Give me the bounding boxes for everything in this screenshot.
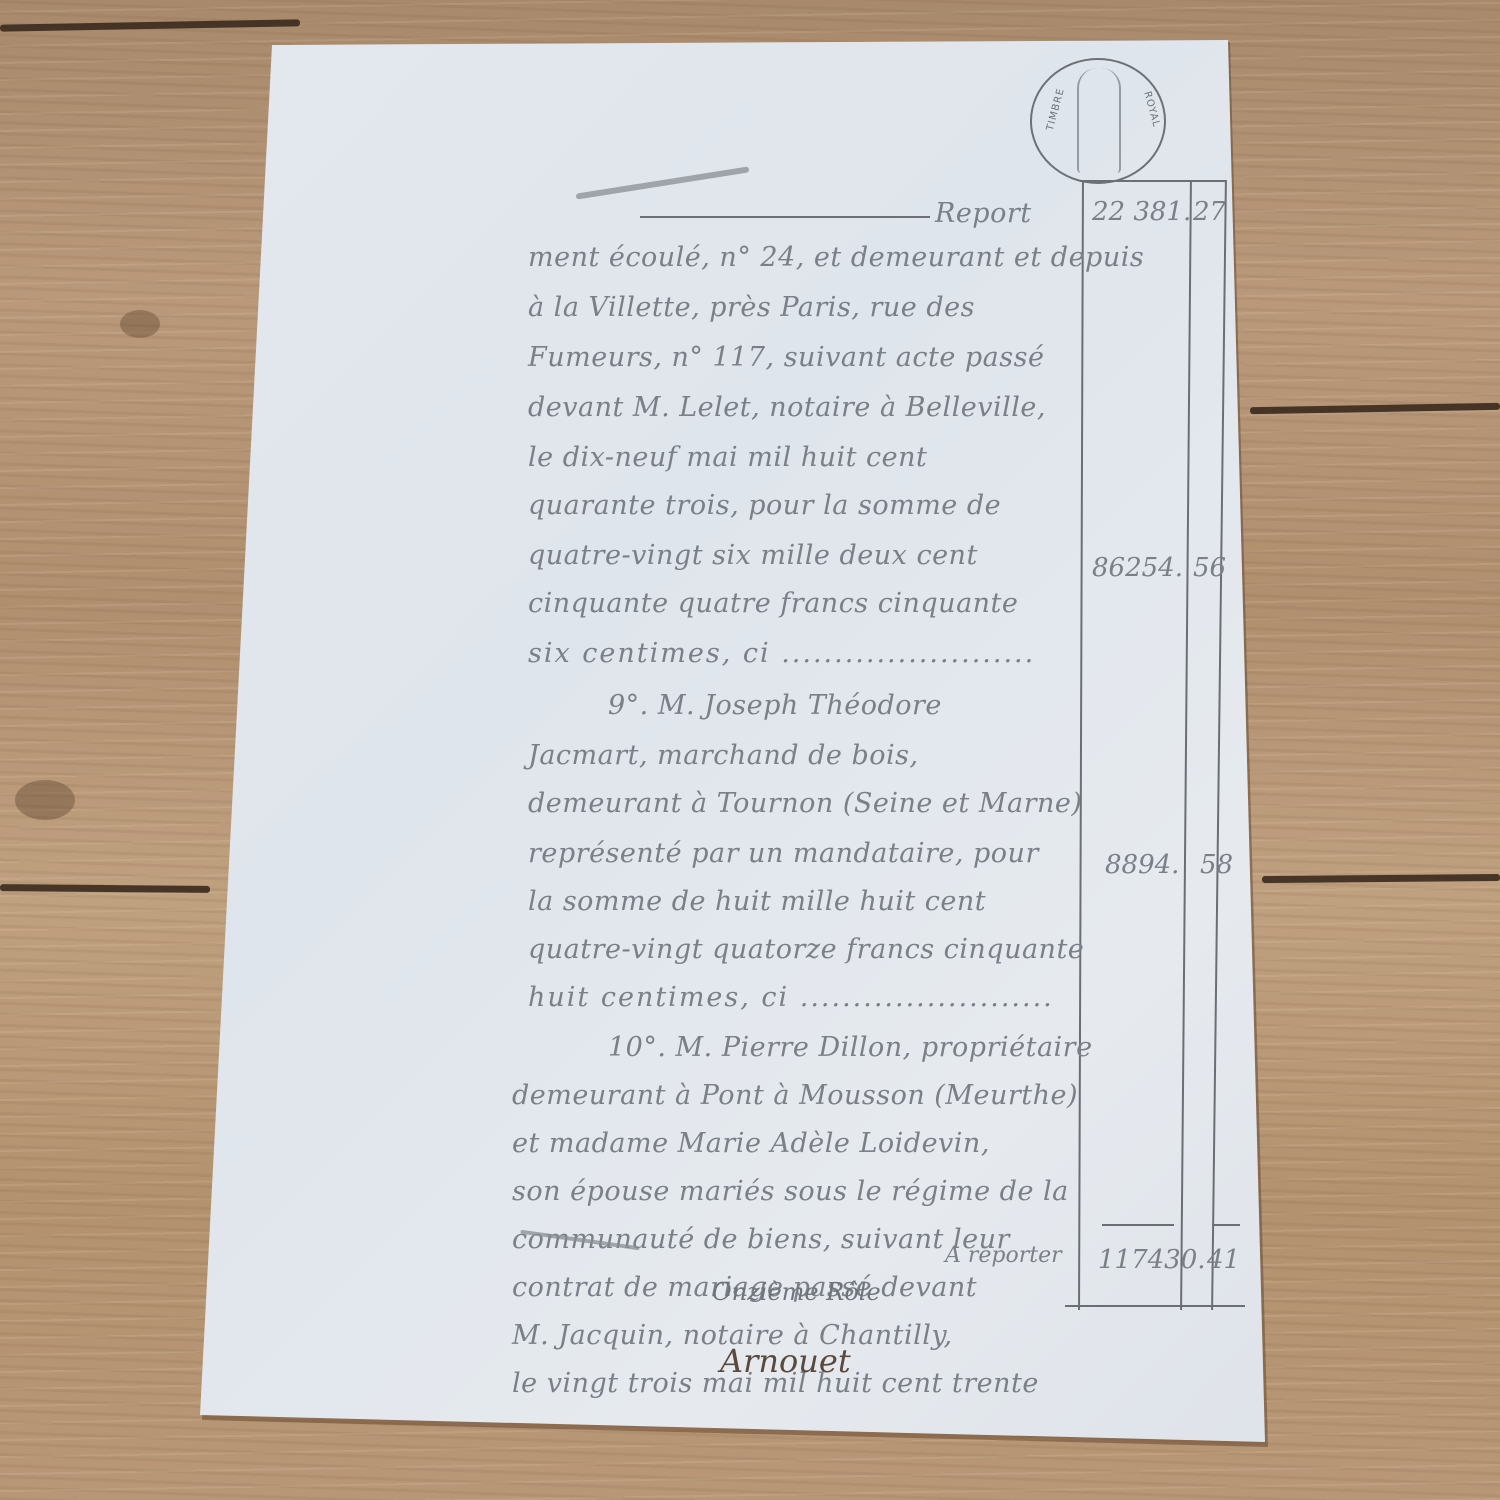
text-line: 9°. M. Joseph Théodore (608, 690, 942, 721)
entry-francs: 8894. (1105, 850, 1179, 880)
text-line: représenté par un mandataire, pour (528, 838, 1039, 869)
entry-francs: 86254. (1092, 553, 1183, 583)
stamp-figure-icon (1077, 68, 1121, 173)
ledger-bottom-rule (1065, 1305, 1245, 1307)
text-line: son épouse mariés sous le régime de la (512, 1176, 1069, 1207)
carried-centimes: 27 (1193, 197, 1226, 227)
text-line: six centimes, ci .......................… (528, 638, 1035, 669)
text-line: à la Villette, près Paris, rue des (528, 292, 975, 323)
text-line: Fumeurs, n° 117, suivant acte passé (528, 342, 1044, 373)
total-centimes: 41 (1207, 1245, 1240, 1275)
wood-knot (120, 310, 160, 338)
entry-centimes: 56 (1193, 553, 1226, 583)
header-rule-label: Report (935, 198, 1032, 229)
text-line: le dix-neuf mai mil huit cent (528, 442, 927, 473)
signature: Arnouet (720, 1342, 851, 1380)
tax-stamp: TIMBRE ROYAL (1030, 58, 1166, 184)
text-line: et madame Marie Adèle Loidevin, (512, 1128, 990, 1159)
ledger-subtotal-rule (1212, 1224, 1240, 1226)
wood-knot (15, 780, 75, 820)
ledger-subtotal-rule (1102, 1224, 1174, 1226)
stamp-text-left: TIMBRE (1045, 87, 1067, 132)
text-line: quatre-vingt six mille deux cent (528, 540, 978, 571)
text-line: quarante trois, pour la somme de (528, 490, 1001, 521)
text-line: demeurant à Pont à Mousson (Meurthe) (512, 1080, 1078, 1111)
text-line: la somme de huit mille huit cent (528, 886, 986, 917)
text-line: huit centimes, ci ......................… (528, 982, 1054, 1013)
text-line: quatre-vingt quatorze francs cinquante (528, 934, 1084, 965)
text-line: 10°. M. Pierre Dillon, propriétaire (608, 1032, 1093, 1063)
total-label: A reporter (945, 1243, 1062, 1268)
carried-francs: 22 381. (1092, 197, 1191, 227)
text-line: cinquante quatre francs cinquante (528, 588, 1018, 619)
text-line: ment écoulé, n° 24, et demeurant et depu… (528, 242, 1144, 273)
header-rule (640, 216, 930, 218)
total-francs: 117430. (1098, 1245, 1206, 1275)
stamp-text-right: ROYAL (1141, 90, 1161, 129)
text-line: devant M. Lelet, notaire à Belleville, (528, 392, 1046, 423)
page-label: Onzième Rôle (712, 1278, 881, 1306)
text-line: Jacmart, marchand de bois, (528, 740, 919, 771)
entry-centimes: 58 (1200, 850, 1233, 880)
ledger-top-rule (1080, 180, 1225, 182)
text-line: demeurant à Tournon (Seine et Marne) (528, 788, 1082, 819)
